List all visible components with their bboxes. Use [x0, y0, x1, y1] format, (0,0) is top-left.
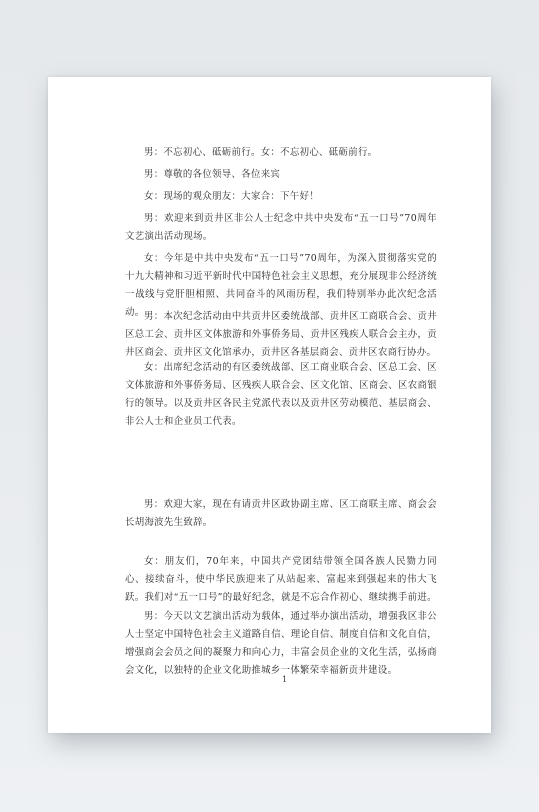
paragraph-9: 女：朋友们，70年来，中国共产党团结带领全国各族人民勠力同心、接续奋斗，使中华民… — [125, 553, 437, 607]
paragraph-7: 女：出席纪念活动的有区委统战部、区工商业联合会、区总工会、区文体旅游和外事侨务局… — [125, 359, 437, 431]
paragraph-10: 男：今天以文艺演出活动为载体，通过举办演出活动，增强我区非公人士坚定中国特色社会… — [125, 608, 437, 680]
paragraph-3: 女：现场的观众朋友：大家合：下午好！ — [125, 188, 437, 206]
paragraph-6: 男：本次纪念活动由中共贡井区委统战部、贡井区工商联合会、贡井区总工会、贡井区文体… — [125, 308, 437, 362]
paragraph-2: 男：尊敬的各位领导、各位来宾 — [125, 166, 437, 184]
page-number: 1 — [282, 675, 287, 684]
document-page: 男：不忘初心、砥砺前行。女：不忘初心、砥砺前行。 男：尊敬的各位领导、各位来宾 … — [48, 77, 491, 733]
paragraph-1: 男：不忘初心、砥砺前行。女：不忘初心、砥砺前行。 — [125, 144, 437, 162]
paragraph-8: 男：欢迎大家，现在有请贡井区政协副主席、区工商联主席、商会会长胡海波先生致辞。 — [125, 496, 437, 532]
paragraph-4: 男：欢迎来到贡井区非公人士纪念中共中央发布“五一口号”70周年文艺演出活动现场。 — [125, 210, 437, 246]
